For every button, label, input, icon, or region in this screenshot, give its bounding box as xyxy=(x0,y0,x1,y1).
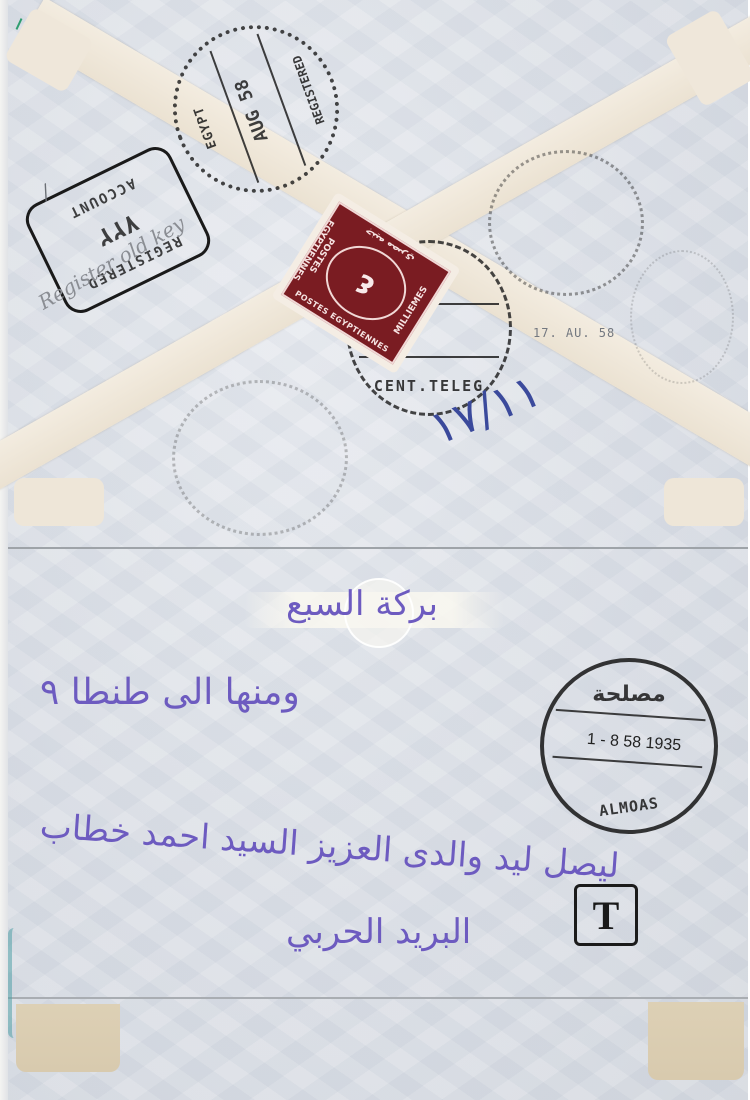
flap-fold-line xyxy=(8,547,748,549)
tape-piece-left xyxy=(16,1004,120,1072)
tape-piece-right xyxy=(648,1002,744,1080)
postmark-faint-right xyxy=(488,150,644,296)
bottom-fold-line xyxy=(8,997,748,999)
tax-t-mark: T xyxy=(574,884,638,946)
postmark-bottom-arabic: مصلحة xyxy=(544,682,714,707)
postmark-faint-left xyxy=(172,380,348,536)
small-date-stamp: 17. AU. 58 xyxy=(533,326,615,340)
postmark-faint-far-right xyxy=(630,250,734,384)
address-line-1: بركة السبع xyxy=(286,584,438,624)
address-line-4: البريد الحربي xyxy=(286,912,471,952)
address-line-2: ومنها الى طنطا ٩ xyxy=(40,672,300,713)
flap-corner-bottom-left xyxy=(14,478,104,526)
postmark-bottom: مصلحة 1 - 8 58 1935 ALMOAS xyxy=(540,658,718,834)
flap-corner-bottom-right xyxy=(664,478,744,526)
